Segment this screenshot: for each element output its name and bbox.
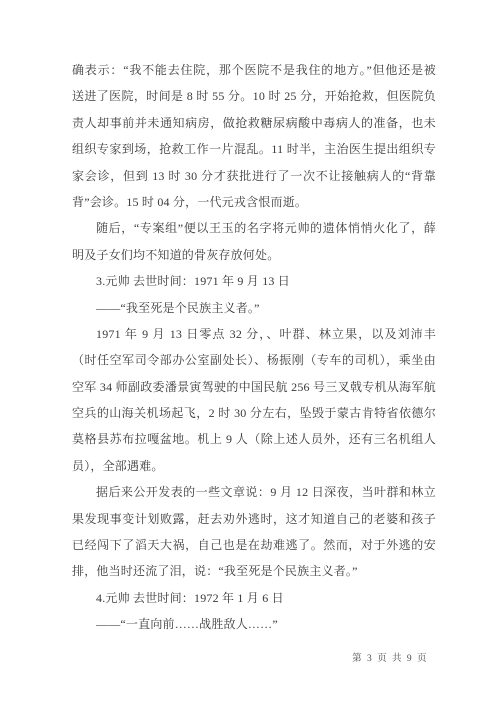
- text-line: （时任空军司令部办公室副处长）、杨振刚（专车的司机），乘坐由: [72, 347, 436, 373]
- text-line: 背”会诊。15 时 04 分，一代元戎含恨而逝。: [72, 189, 436, 215]
- text-line: 空军 34 师副政委潘景寅驾驶的中国民航 256 号三叉戟专机从海军航: [72, 374, 436, 400]
- text-line: 3.元帅 去世时间：1971 年 9 月 13 日: [72, 268, 436, 294]
- text-line: 组织专家到场，抢救工作一片混乱。11 时半，主治医生提出组织专: [72, 136, 436, 162]
- text-line: 4.元帅 去世时间：1972 年 1 月 6 日: [72, 585, 436, 611]
- text-line: 果发现事变计划败露，赶去劝外逃时，这才知道自己的老婆和孩子: [72, 506, 436, 532]
- text-line: 明及子女们均不知道的骨灰存放何处。: [72, 242, 436, 268]
- text-line: 员），全部遇难。: [72, 453, 436, 479]
- text-line: 送进了医院，时间是 8 时 55 分。10 时 25 分，开始抢救，但医院负: [72, 83, 436, 109]
- page-number-label: 第 3 页 共 9 页: [352, 654, 428, 664]
- text-line: 确表示：“我不能去住院，那个医院不是我住的地方。”但他还是被: [72, 57, 436, 83]
- document-page: 确表示：“我不能去住院，那个医院不是我住的地方。”但他还是被送进了医院，时间是 …: [0, 0, 500, 708]
- text-line: 莫格县苏布拉嘎盆地。机上 9 人（除上述人员外，还有三名机组人: [72, 426, 436, 452]
- text-line: 1971 年 9 月 13 日零点 32 分，、叶群、林立果，以及刘沛丰: [72, 321, 436, 347]
- text-line: 排，他当时还流了泪，说：“我至死是个民族主义者。”: [72, 558, 436, 584]
- text-line: 责人却事前并未通知病房，做抢救糖尿病酸中毒病人的准备，也未: [72, 110, 436, 136]
- document-body: 确表示：“我不能去住院，那个医院不是我住的地方。”但他还是被送进了医院，时间是 …: [72, 57, 436, 638]
- text-line: 空兵的山海关机场起飞，2 时 30 分左右，坠毁于蒙古肯特省依德尔: [72, 400, 436, 426]
- text-line: 家会诊，但到 13 时 30 分才获批进行了一次不让接触病人的“背靠: [72, 163, 436, 189]
- text-line: 据后来公开发表的一些文章说：9 月 12 日深夜，当叶群和林立: [72, 479, 436, 505]
- text-line: ——“一直向前……战胜敌人……”: [72, 611, 436, 637]
- text-line: 已经闯下了滔天大祸，自己也是在劫难逃了。然而，对于外逃的安: [72, 532, 436, 558]
- text-line: 随后，“专案组”便以王玉的名字将元帅的遗体悄悄火化了，薛: [72, 215, 436, 241]
- text-line: ——“我至死是个民族主义者。”: [72, 295, 436, 321]
- page-footer: 第 3 页 共 9 页: [352, 652, 428, 666]
